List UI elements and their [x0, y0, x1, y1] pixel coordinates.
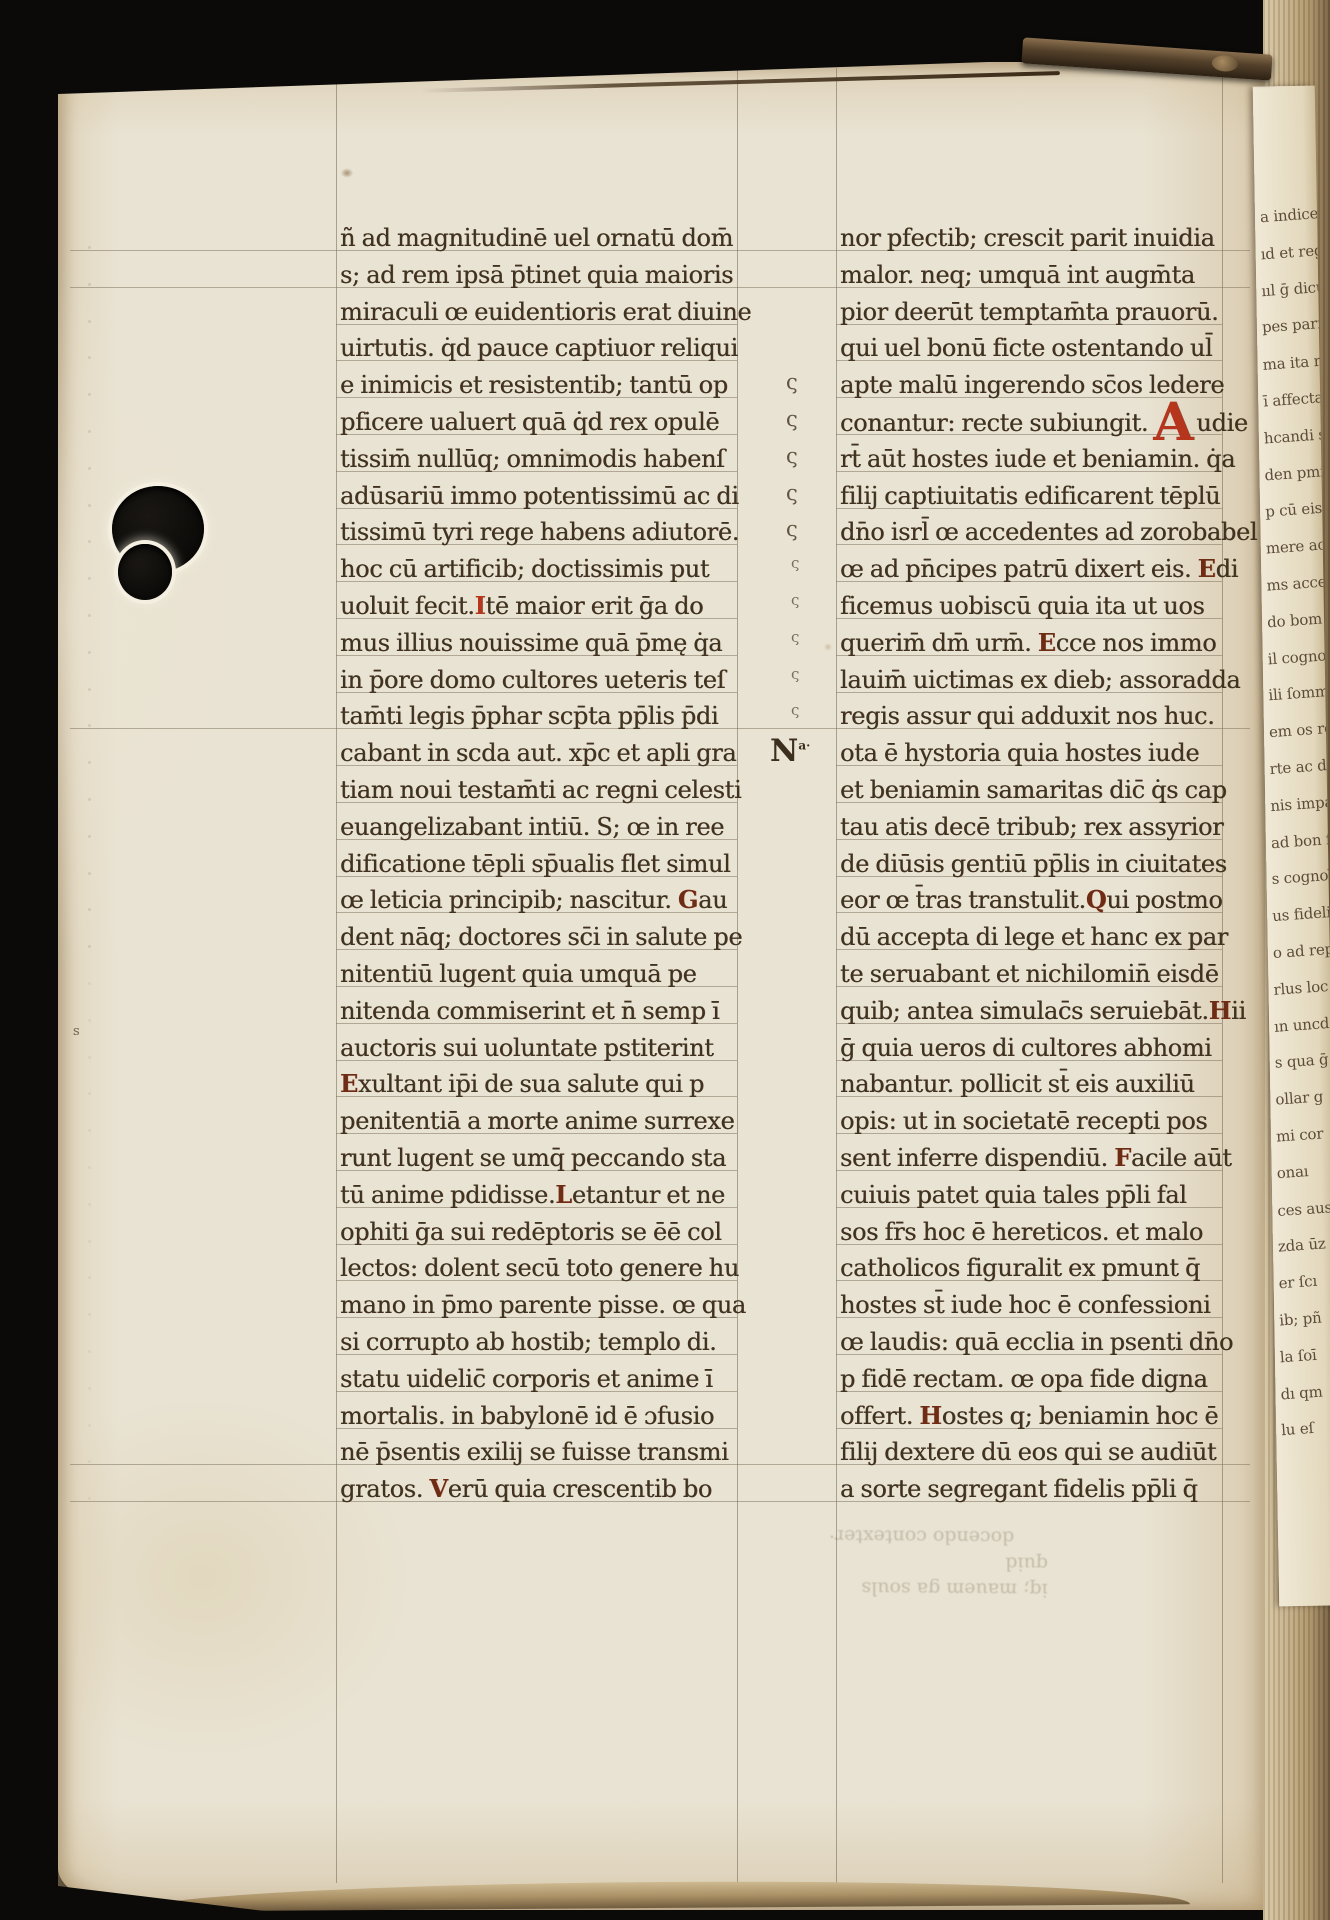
edge-text-fragment: em os rei — [1268, 719, 1330, 742]
edge-text-fragment: ili ſommu — [1268, 682, 1330, 705]
text-line: s; ad rem ipsā p̄tinet quia maioris — [340, 257, 733, 294]
text-segment: ophiti ḡa sui redēptoris se ēē col — [340, 1218, 722, 1246]
text-line: de diūsis gentiū pp̄lis in ciuitates — [840, 846, 1227, 883]
text-line: euangelizabant intiū. S; œ in ree — [340, 809, 724, 846]
ruled-line-vertical — [836, 68, 837, 1883]
text-segment: ficemus uobiscū quia ita ut uos — [840, 592, 1205, 620]
text-line: gratos. Verū quia crescentib bo — [340, 1471, 712, 1508]
text-line: filij dextere dū eos qui se audiūt — [840, 1434, 1216, 1471]
edge-text-fragment: o ad rep — [1272, 940, 1330, 962]
text-segment: au — [698, 886, 727, 914]
text-segment: gratos. — [340, 1475, 429, 1503]
text-segment: catholicos figuralit ex pmunt q̄ — [840, 1254, 1200, 1282]
text-segment: a sorte segregant fidelis pp̄li q̄ — [840, 1475, 1198, 1503]
text-segment: E — [1038, 628, 1056, 657]
parchment-hole-small — [118, 544, 172, 600]
text-segment: ota ē hystoria quia hostes iude — [840, 739, 1199, 767]
text-line: pior deerūt temptam̄ta prauorū. — [840, 294, 1218, 331]
text-line: tau atis decē tribub; rex assyrior — [840, 809, 1223, 846]
text-line: malor. neq; umquā int augm̄ta — [840, 257, 1195, 294]
text-line: te seruabant et nichilomin̄ eisdē — [840, 956, 1219, 993]
text-segment: nē p̄sentis exilij se fuisse transmi — [340, 1438, 729, 1466]
text-segment: di — [1216, 555, 1238, 583]
text-segment: tissimū tyri rege habens adiutorē. — [340, 518, 739, 546]
pricking-dot — [88, 798, 91, 801]
pricking-dot — [88, 835, 91, 838]
offset-inscription: iq; mauem ga souls quid docendo contexte… — [818, 1523, 1049, 1603]
edge-text-fragment: s cognoī — [1271, 866, 1330, 888]
pricking-dot — [88, 1350, 91, 1353]
gap-mark: ς — [786, 517, 798, 541]
text-segment: I — [475, 591, 486, 620]
text-segment: cce nos immo — [1056, 629, 1217, 657]
pricking-dot — [88, 1313, 91, 1316]
text-segment: nor pfectib; crescit parit inuidia — [840, 224, 1215, 252]
text-line: uirtutis. q̇d pauce captiuor reliqui — [340, 330, 738, 367]
text-segment: malor. neq; umquā int augm̄ta — [840, 261, 1195, 289]
text-segment: querim̄ dm̄ urm̄. — [840, 629, 1038, 657]
text-segment: tē maior erit ḡa do — [486, 592, 704, 620]
pricking-dot — [88, 430, 91, 433]
edge-text-fragment: ces ausr — [1277, 1197, 1330, 1219]
text-line: nitenda commiserint et n̄ semp ī — [340, 993, 719, 1030]
text-line: dificatione tēpli sp̄ualis flet simul — [340, 846, 730, 883]
text-segment: œ ad pn̄cipes patrū dixert eis. — [840, 555, 1198, 583]
ruled-line-vertical — [336, 68, 337, 1883]
text-segment: udie — [1196, 409, 1248, 437]
text-segment: lauim̄ uictimas ex dieb; assoradda — [840, 666, 1240, 694]
text-segment: p fidē rectam. œ opa fide digna — [840, 1365, 1208, 1393]
text-segment: E — [1198, 554, 1216, 583]
pricking-dot — [88, 761, 91, 764]
text-segment: rt̄ aūt hostes iude et beniamin. q̇a — [840, 445, 1235, 473]
text-segment: hoc cū artificib; doctissimis put — [340, 555, 709, 583]
text-segment: sent inferre dispendiū. — [840, 1144, 1114, 1172]
text-line: miraculi œ euidentioris erat diuine — [340, 294, 751, 331]
text-line: e inimicis et resistentib; tantū op — [340, 367, 728, 404]
offset-line-2: docendo contexter· — [818, 1523, 1048, 1551]
text-segment: tissim̄ nullūq; omnimodis habenſ — [340, 445, 725, 473]
text-line: filij captiuitatis edificarent tēplū — [840, 478, 1220, 515]
gap-mark: ς — [791, 591, 799, 609]
text-line: uoluit fecit.Itē maior erit ḡa do — [340, 588, 703, 625]
text-segment: ui postmo — [1106, 886, 1222, 914]
text-line: ñ ad magnitudinē uel ornatū dom̄ — [340, 220, 733, 257]
pricking-dot — [88, 614, 91, 617]
text-segment: mano in p̄mo parente pisse. œ qua — [340, 1291, 746, 1319]
text-line: cuiuis patet quia tales pp̄li fal — [840, 1177, 1187, 1214]
text-segment: lectos: dolent secū toto genere hu — [340, 1254, 739, 1282]
text-segment: e inimicis et resistentib; tantū op — [340, 371, 728, 399]
text-segment: eor œ t̄ras transtulit. — [840, 886, 1086, 914]
edge-text-fragment: do bom ſe — [1267, 608, 1330, 631]
text-segment: filij captiuitatis edificarent tēplū — [840, 482, 1220, 510]
text-line: Exultant ip̄i de sua salute qui p — [340, 1066, 704, 1103]
text-segment: L — [555, 1180, 572, 1209]
text-line: pficere ualuert quā q̇d rex opulē — [340, 404, 719, 441]
pricking-dot — [88, 1497, 91, 1500]
gap-mark: ς — [791, 665, 799, 683]
text-line: statu uidelic̄ corporis et anime ī — [340, 1361, 713, 1398]
gap-mark: ς — [786, 370, 798, 394]
text-line: nabantur. pollicit st̄ eis auxiliū — [840, 1066, 1195, 1103]
text-line: et beniamin samaritas dic̄ q̇s cap — [840, 772, 1227, 809]
edge-text-fragment: ms accepta — [1266, 571, 1330, 595]
text-line: in p̄ore domo cultores ueteris teſ — [340, 662, 725, 699]
text-line: nē p̄sentis exilij se fuisse transmi — [340, 1434, 729, 1471]
pricking-dot — [88, 1056, 91, 1059]
edge-text-fragment: rte ac di — [1269, 756, 1330, 778]
pricking-dot — [88, 1129, 91, 1132]
text-segment: runt lugent se umq̄ peccando sta — [340, 1144, 726, 1172]
edge-text-fragment: zda ūz — [1277, 1235, 1326, 1256]
pricking-dot — [88, 1092, 91, 1095]
text-segment: pior deerūt temptam̄ta prauorū. — [840, 298, 1218, 326]
text-line: auctoris sui uoluntate pstiterint — [340, 1030, 714, 1067]
pricking-dot — [88, 908, 91, 911]
text-segment: œ leticia principib; nascitur. — [340, 886, 678, 914]
text-line: penitentiā a morte anime surrexe — [340, 1103, 734, 1140]
text-segment: si corrupto ab hostib; templo di. — [340, 1328, 716, 1356]
text-line: qui uel bonū ficte ostentando ul̄ — [840, 330, 1212, 367]
edge-text-fragment: hcandi s g — [1263, 424, 1330, 447]
margin-mark: ꜱ — [73, 1024, 80, 1039]
text-segment: dn̄o isrl̄ œ accedentes ad zorobabel — [840, 518, 1257, 546]
text-segment: penitentiā a morte anime surrexe — [340, 1107, 734, 1135]
edge-text-fragment: onaı — [1276, 1162, 1309, 1182]
text-line: eor œ t̄ras transtulit.Qui postmo — [840, 882, 1222, 919]
text-segment: et beniamin samaritas dic̄ q̇s cap — [840, 776, 1227, 804]
pricking-dot — [88, 1276, 91, 1279]
text-line: ficemus uobiscū quia ita ut uos — [840, 588, 1205, 625]
text-segment: tū anime pdidisse. — [340, 1181, 555, 1209]
facing-page-text: a indiceſıd et regnııl ḡ dicupes parrima… — [1253, 86, 1315, 87]
edge-text-fragment: dı qm — [1280, 1382, 1323, 1403]
edge-text-fragment: ın uncd — [1274, 1014, 1330, 1036]
text-segment: in p̄ore domo cultores ueteris teſ — [340, 666, 725, 694]
text-segment: erū quia crescentib bo — [448, 1475, 712, 1503]
text-line: opis: ut in societatē recepti pos — [840, 1103, 1207, 1140]
text-line: lectos: dolent secū toto genere hu — [340, 1250, 739, 1287]
pricking-dot — [88, 540, 91, 543]
text-line: conantur: recte subiungit.Audie — [840, 404, 1248, 441]
offset-line-1: iq; mauem ga souls quid — [818, 1549, 1048, 1603]
text-line: cabant in scda aut. xp̄c et apli gra — [340, 735, 736, 772]
gap-mark: ς — [786, 444, 798, 468]
text-line: œ leticia principib; nascitur. Gau — [340, 882, 727, 919]
text-segment: ii — [1231, 997, 1246, 1025]
text-line: catholicos figuralit ex pmunt q̄ — [840, 1250, 1200, 1287]
text-segment: qui uel bonū ficte ostentando ul̄ — [840, 334, 1212, 362]
pricking-dot — [88, 945, 91, 948]
text-segment: etantur et ne — [572, 1181, 725, 1209]
text-segment: Q — [1086, 885, 1107, 914]
text-segment: de diūsis gentiū pp̄lis in ciuitates — [840, 850, 1227, 878]
text-segment: adūsariū immo potentissimū ac di — [340, 482, 739, 510]
text-line: dū accepta di lege et hanc ex par — [840, 919, 1228, 956]
text-segment: acile aūt — [1131, 1144, 1232, 1172]
pricking-dot — [88, 651, 91, 654]
text-line: tissim̄ nullūq; omnimodis habenſ — [340, 441, 725, 478]
pricking-dot — [88, 467, 91, 470]
margin-initial-sup: a· — [798, 739, 810, 753]
pricking-dot — [88, 1019, 91, 1022]
text-line: adūsariū immo potentissimū ac di — [340, 478, 739, 515]
gap-mark: ς — [786, 407, 798, 431]
text-line: rt̄ aūt hostes iude et beniamin. q̇a — [840, 441, 1235, 478]
text-line: ḡ quia ueros di cultores abhomi — [840, 1030, 1212, 1067]
pricking-dot — [88, 320, 91, 323]
text-line: tissimū tyri rege habens adiutorē. — [340, 514, 739, 551]
pricking-dot — [88, 1166, 91, 1169]
edge-text-fragment: er ſcı — [1278, 1272, 1318, 1293]
text-segment: mus illius nouissime quā p̄mę q̇a — [340, 629, 722, 657]
text-line: runt lugent se umq̄ peccando sta — [340, 1140, 726, 1177]
text-line: sent inferre dispendiū. Facile aūt — [840, 1140, 1232, 1177]
text-line: sos fr̄s hoc ē hereticos. et malo — [840, 1214, 1203, 1251]
text-segment: ḡ quia ueros di cultores abhomi — [840, 1034, 1212, 1062]
text-segment: E — [340, 1069, 358, 1098]
pricking-dot — [88, 1460, 91, 1463]
text-segment: hostes st̄ iude hoc ē confessioni — [840, 1291, 1210, 1319]
text-line: mano in p̄mo parente pisse. œ qua — [340, 1287, 746, 1324]
edge-text-fragment: s qua ḡ — [1274, 1050, 1329, 1072]
pricking-dot — [88, 1387, 91, 1390]
pricking-dot — [88, 577, 91, 580]
text-segment: regis assur qui adduxit nos huc. — [840, 702, 1215, 730]
text-segment: opis: ut in societatē recepti pos — [840, 1107, 1207, 1135]
text-segment: quib; antea simulac̄s seruiebāt. — [840, 997, 1209, 1025]
gap-mark: ς — [786, 481, 798, 505]
edge-text-fragment: den pmitt — [1264, 461, 1330, 484]
pricking-dot — [88, 356, 91, 359]
edge-text-fragment: nis impa — [1270, 793, 1330, 815]
gap-mark: ς — [791, 554, 799, 572]
text-line: a sorte segregant fidelis pp̄li q̄ — [840, 1471, 1198, 1508]
text-line: tam̄ti legis p̄phar scp̄ta pp̄lis p̄di — [340, 698, 718, 735]
text-line: offert. Hostes q; beniamin hoc ē — [840, 1398, 1218, 1435]
pricking-dot — [88, 1240, 91, 1243]
edge-text-fragment: a indiceſ — [1259, 204, 1324, 226]
photo-canvas: ñ ad magnitudinē uel ornatū dom̄s; ad re… — [0, 0, 1330, 1920]
text-segment: H — [919, 1401, 941, 1430]
pricking-dot — [88, 393, 91, 396]
text-segment: nitentiū lugent quia umquā pe — [340, 960, 697, 988]
edge-text-fragment: ī affectant — [1263, 387, 1330, 410]
text-segment: cuiuis patet quia tales pp̄li fal — [840, 1181, 1187, 1209]
text-line: tū anime pdidisse.Letantur et ne — [340, 1177, 725, 1214]
edge-text-fragment: la ſoī — [1279, 1346, 1317, 1367]
text-line: nitentiū lugent quia umquā pe — [340, 956, 697, 993]
edge-text-fragment: il cognoīn — [1267, 645, 1330, 668]
text-segment: te seruabant et nichilomin̄ eisdē — [840, 960, 1219, 988]
manuscript-page: ñ ad magnitudinē uel ornatū dom̄s; ad re… — [58, 62, 1263, 1910]
text-segment: conantur: recte subiungit. — [840, 409, 1148, 437]
text-segment: sos fr̄s hoc ē hereticos. et malo — [840, 1218, 1203, 1246]
text-line: hoc cū artificib; doctissimis put — [340, 551, 709, 588]
text-line: si corrupto ab hostib; templo di. — [340, 1324, 716, 1361]
text-segment: cabant in scda aut. xp̄c et apli gra — [340, 739, 736, 767]
text-segment: V — [429, 1474, 447, 1503]
text-line: ota ē hystoria quia hostes iude — [840, 735, 1199, 772]
edge-text-fragment: ad bon ſe — [1270, 829, 1330, 852]
pricking-dot — [88, 688, 91, 691]
text-line: p fidē rectam. œ opa fide digna — [840, 1361, 1208, 1398]
text-line: mortalis. in babylonē id ē ɔfusio — [340, 1398, 714, 1435]
ruled-line-vertical — [1222, 68, 1223, 1883]
text-segment: F — [1114, 1143, 1131, 1172]
text-segment: uirtutis. q̇d pauce captiuor reliqui — [340, 334, 738, 362]
text-line: œ ad pn̄cipes patrū dixert eis. Edi — [840, 551, 1238, 588]
text-line: querim̄ dm̄ urm̄. Ecce nos immo — [840, 625, 1216, 662]
text-segment: dent nāq; doctores sc̄i in salute pe — [340, 923, 742, 951]
text-line: quib; antea simulac̄s seruiebāt.Hii — [840, 993, 1246, 1030]
edge-text-fragment: ib; pñ — [1279, 1309, 1322, 1330]
pricking-dot — [88, 982, 91, 985]
edge-text-fragment: us fidelit — [1272, 903, 1330, 925]
pricking-dot — [88, 872, 91, 875]
text-segment: pficere ualuert quā q̇d rex opulē — [340, 408, 719, 436]
text-segment: ñ ad magnitudinē uel ornatū dom̄ — [340, 224, 733, 252]
text-segment: dificatione tēpli sp̄ualis flet simul — [340, 850, 730, 878]
pricking-dot — [88, 724, 91, 727]
text-segment: nitenda commiserint et n̄ semp ī — [340, 997, 719, 1025]
text-segment: nabantur. pollicit st̄ eis auxiliū — [840, 1070, 1195, 1098]
text-line: dn̄o isrl̄ œ accedentes ad zorobabel — [840, 514, 1257, 551]
pricking-dot — [88, 1203, 91, 1206]
gap-mark: ς — [791, 701, 799, 719]
edge-text-fragment: mere ac di — [1265, 534, 1330, 557]
text-line: hostes st̄ iude hoc ē confessioni — [840, 1287, 1210, 1324]
text-segment: dū accepta di lege et hanc ex par — [840, 923, 1228, 951]
pricking-dot — [88, 504, 91, 507]
text-line: lauim̄ uictimas ex dieb; assoradda — [840, 662, 1240, 699]
text-line: ophiti ḡa sui redēptoris se ēē col — [340, 1214, 722, 1251]
gap-mark: ς — [791, 628, 799, 646]
text-line: nor pfectib; crescit parit inuidia — [840, 220, 1215, 257]
text-segment: s; ad rem ipsā p̄tinet quia maioris — [340, 261, 733, 289]
edge-text-fragment: ollar g — [1275, 1088, 1324, 1109]
text-segment: mortalis. in babylonē id ē ɔfusio — [340, 1402, 714, 1430]
text-segment: G — [678, 885, 698, 914]
text-segment: A — [1153, 413, 1193, 433]
text-segment: uoluit fecit. — [340, 592, 475, 620]
edge-text-fragment: mi cor — [1275, 1124, 1323, 1145]
text-line: dent nāq; doctores sc̄i in salute pe — [340, 919, 742, 956]
text-line: mus illius nouissime quā p̄mę q̇a — [340, 625, 722, 662]
text-segment: xultant ip̄i de sua salute qui p — [358, 1070, 704, 1098]
text-segment: tiam noui testam̄ti ac regni celesti — [340, 776, 741, 804]
text-segment: œ laudis: quā ecclia in psenti dn̄o — [840, 1328, 1233, 1356]
text-segment: statu uidelic̄ corporis et anime ī — [340, 1365, 713, 1393]
edge-text-fragment: ııl ḡ dicu — [1261, 277, 1326, 299]
text-segment: auctoris sui uoluntate pstiterint — [340, 1034, 714, 1062]
text-segment: tau atis decē tribub; rex assyrior — [840, 813, 1223, 841]
text-segment: filij dextere dū eos qui se audiūt — [840, 1438, 1216, 1466]
text-segment: ostes q; beniamin hoc ē — [942, 1402, 1218, 1430]
text-line: tiam noui testam̄ti ac regni celesti — [340, 772, 741, 809]
margin-initial-n: Na· — [770, 733, 810, 769]
text-segment: tam̄ti legis p̄phar scp̄ta pp̄lis p̄di — [340, 702, 718, 730]
pricking-dot — [88, 246, 91, 249]
text-segment: offert. — [840, 1402, 919, 1430]
text-segment: euangelizabant intiū. S; œ in ree — [340, 813, 724, 841]
text-segment: H — [1209, 996, 1231, 1025]
edge-text-fragment: rlus loc — [1273, 977, 1329, 999]
pricking-dot — [88, 1424, 91, 1427]
edge-text-fragment: lu eſ — [1281, 1419, 1315, 1439]
text-line: œ laudis: quā ecclia in psenti dn̄o — [840, 1324, 1233, 1361]
text-line: regis assur qui adduxit nos huc. — [840, 698, 1215, 735]
edge-text-fragment: p cū eis rec — [1265, 497, 1330, 521]
text-segment: miraculi œ euidentioris erat diuine — [340, 298, 751, 326]
pricking-dot — [88, 283, 91, 286]
